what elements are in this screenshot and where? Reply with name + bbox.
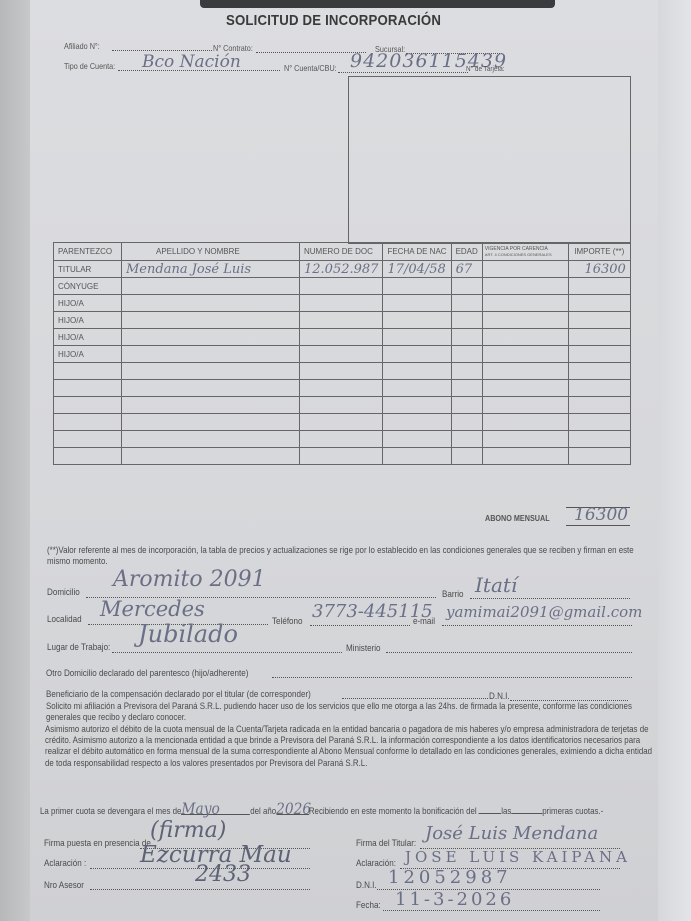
- cell-importe[interactable]: [568, 346, 630, 363]
- primer-cuota-prefix: La primer cuota se devengara el mes de: [40, 806, 181, 816]
- otro-domicilio-field[interactable]: [272, 677, 632, 678]
- email-label: e-mail: [413, 616, 435, 627]
- primer-cuota-anio-label: del año: [250, 806, 276, 816]
- cell-importe[interactable]: [568, 312, 630, 329]
- table-row: [54, 414, 631, 431]
- cell-parentezco: TITULAR: [54, 261, 122, 278]
- table-row: HIJO/A: [54, 312, 631, 329]
- cell-vigencia[interactable]: [482, 363, 568, 380]
- aclaracion-left-label: Aclaración :: [44, 858, 86, 869]
- lugar-trabajo-field[interactable]: [112, 652, 342, 653]
- cell-importe[interactable]: [568, 448, 630, 465]
- cell-numero-doc[interactable]: 12.052.987: [300, 261, 383, 278]
- debit-authorization-paragraph: Asimismo autorizo el débito de la cuota …: [45, 724, 657, 769]
- afiliado-field[interactable]: [112, 50, 212, 51]
- cell-fecha-nac[interactable]: [383, 414, 451, 431]
- cell-fecha-nac[interactable]: [383, 295, 451, 312]
- firma-presencia-signature: (firma): [150, 818, 226, 843]
- cell-edad[interactable]: [451, 346, 482, 363]
- cell-importe[interactable]: 16300: [568, 261, 630, 278]
- header-parentezco: PARENTEZCO: [54, 243, 122, 261]
- cell-nombre[interactable]: [122, 380, 300, 397]
- header-vigencia: VIGENCIA POR CARENCIAART. 4 CONDICIONES …: [482, 243, 568, 261]
- abono-field[interactable]: [566, 525, 630, 526]
- cell-vigencia[interactable]: [482, 380, 568, 397]
- cell-edad[interactable]: [451, 431, 482, 448]
- bonificacion-field[interactable]: [479, 813, 501, 814]
- cell-vigencia[interactable]: [482, 295, 568, 312]
- beneficiario-field[interactable]: [342, 698, 488, 699]
- table-row: [54, 431, 631, 448]
- dni-value: 12052987: [388, 867, 512, 888]
- cell-numero-doc[interactable]: [300, 414, 383, 431]
- afiliado-label: Afiliado N°:: [64, 41, 100, 51]
- cell-edad[interactable]: [451, 397, 482, 414]
- telefono-label: Teléfono: [272, 616, 303, 627]
- cell-importe[interactable]: [568, 397, 630, 414]
- cell-nombre[interactable]: [122, 295, 300, 312]
- affiliation-paragraph: Solicito mi afiliación a Previsora del P…: [46, 701, 658, 723]
- cell-parentezco: [54, 431, 122, 448]
- price-note: (**)Valor referente al mes de incorporac…: [47, 545, 653, 567]
- cell-numero-doc[interactable]: [300, 346, 383, 363]
- cuenta-cbu-label: N° Cuenta/CBU:: [284, 63, 337, 73]
- table-row: HIJO/A: [54, 295, 631, 312]
- dni-label: D.N.I.: [356, 880, 377, 891]
- domicilio-label: Domicilio: [47, 587, 80, 598]
- cell-edad[interactable]: [451, 380, 482, 397]
- cuenta-cbu-field[interactable]: [338, 72, 468, 73]
- table-row: TITULARMendana José Luis12.052.98717/04/…: [54, 261, 631, 278]
- cell-nombre[interactable]: [122, 363, 300, 380]
- cell-numero-doc[interactable]: [300, 363, 383, 380]
- asesor-field[interactable]: [90, 889, 310, 890]
- cell-nombre[interactable]: [122, 278, 300, 295]
- barrio-field[interactable]: [470, 598, 630, 599]
- cell-parentezco: [54, 397, 122, 414]
- cell-parentezco: HIJO/A: [54, 329, 122, 346]
- cell-fecha-nac[interactable]: [383, 431, 451, 448]
- cell-vigencia[interactable]: [482, 448, 568, 465]
- cell-fecha-nac[interactable]: 17/04/58: [383, 261, 451, 278]
- cell-parentezco: [54, 363, 122, 380]
- background-edge-left: [0, 0, 34, 921]
- cell-importe[interactable]: [568, 295, 630, 312]
- cell-fecha-nac[interactable]: [383, 380, 451, 397]
- header-importe: IMPORTE (**): [568, 243, 630, 261]
- cell-importe[interactable]: [568, 363, 630, 380]
- cell-fecha-nac[interactable]: [383, 278, 451, 295]
- fecha-label: Fecha:: [356, 900, 381, 911]
- cell-fecha-nac[interactable]: [383, 397, 451, 414]
- header-edad: EDAD: [451, 243, 482, 261]
- cell-parentezco: HIJO/A: [54, 312, 122, 329]
- cell-numero-doc[interactable]: [300, 278, 383, 295]
- cell-nombre[interactable]: [122, 448, 300, 465]
- cell-edad[interactable]: [451, 414, 482, 431]
- cell-numero-doc[interactable]: [300, 312, 383, 329]
- lugar-trabajo-label: Lugar de Trabajo:: [47, 642, 110, 653]
- primer-cuota-suffix-3: primeras cuotas.-: [542, 806, 603, 816]
- primer-cuota-line: La primer cuota se devengara el mes deMa…: [40, 803, 691, 817]
- cell-numero-doc[interactable]: [300, 329, 383, 346]
- otro-domicilio-label: Otro Domicilio declarado del parentesco …: [46, 668, 248, 679]
- primer-cuota-suffix-2: las: [501, 806, 511, 816]
- header-fecha-nac: FECHA DE NAC: [383, 243, 451, 261]
- ministerio-label: Ministerio: [346, 643, 381, 654]
- cell-parentezco: HIJO/A: [54, 346, 122, 363]
- table-row: [54, 363, 631, 380]
- table-row: CÓNYUGE: [54, 278, 631, 295]
- cell-parentezco: [54, 380, 122, 397]
- tipo-cuenta-label: Tipo de Cuenta:: [64, 61, 115, 71]
- cell-vigencia[interactable]: [482, 414, 568, 431]
- cell-nombre[interactable]: [122, 346, 300, 363]
- cell-importe[interactable]: [568, 329, 630, 346]
- aclaracion-right-value: JOSE LUIS KAIPANA: [405, 848, 631, 866]
- localidad-value: Mercedes: [100, 597, 205, 621]
- table-row: HIJO/A: [54, 329, 631, 346]
- cell-importe[interactable]: [568, 380, 630, 397]
- localidad-label: Localidad: [47, 614, 82, 625]
- abono-mensual-label: ABONO MENSUAL: [485, 513, 550, 523]
- cell-nombre[interactable]: Mendana José Luis: [122, 261, 300, 278]
- primer-cuota-suffix-1: Recibiendo en este momento la bonificaci…: [309, 806, 477, 816]
- cuotas-field[interactable]: [511, 813, 542, 814]
- table-row: [54, 448, 631, 465]
- telefono-field[interactable]: [310, 625, 410, 626]
- form-title: SOLICITUD DE INCORPORACIÓN: [226, 12, 441, 29]
- cell-numero-doc[interactable]: [300, 380, 383, 397]
- cell-edad[interactable]: [451, 295, 482, 312]
- cell-nombre[interactable]: [122, 329, 300, 346]
- asesor-value: 2433: [195, 862, 251, 887]
- header-vigencia-sub: ART. 4 CONDICIONES GENERALES: [485, 252, 566, 258]
- fecha-value: 11-3-2026: [395, 889, 514, 910]
- barrio-value: Itatí: [475, 573, 517, 597]
- cell-numero-doc[interactable]: [300, 431, 383, 448]
- family-table: PARENTEZCO APELLIDO Y NOMBRE NUMERO DE D…: [53, 242, 631, 465]
- header-numero-doc: NUMERO DE DOC: [300, 243, 383, 261]
- cell-numero-doc[interactable]: [300, 295, 383, 312]
- table-row: HIJO/A: [54, 346, 631, 363]
- cell-vigencia[interactable]: [482, 278, 568, 295]
- header-apellido-nombre: APELLIDO Y NOMBRE: [122, 243, 300, 261]
- tipo-cuenta-value: Bco Nación: [142, 52, 241, 72]
- cell-fecha-nac[interactable]: [383, 312, 451, 329]
- cell-nombre[interactable]: [122, 397, 300, 414]
- cell-numero-doc[interactable]: [300, 448, 383, 465]
- lugar-trabajo-value: Jubilado: [138, 620, 238, 648]
- cell-edad[interactable]: [451, 329, 482, 346]
- table-header-row: PARENTEZCO APELLIDO Y NOMBRE NUMERO DE D…: [54, 243, 631, 261]
- cell-vigencia[interactable]: [482, 346, 568, 363]
- beneficiario-label: Beneficiario de la compensación declarad…: [46, 689, 311, 700]
- cell-edad[interactable]: [451, 278, 482, 295]
- cell-edad[interactable]: 67: [451, 261, 482, 278]
- clipboard-clip: [200, 0, 555, 8]
- table-row: [54, 397, 631, 414]
- cell-numero-doc[interactable]: [300, 397, 383, 414]
- cell-importe[interactable]: [568, 414, 630, 431]
- cell-parentezco: HIJO/A: [54, 295, 122, 312]
- cell-parentezco: [54, 448, 122, 465]
- photo-box: [348, 76, 631, 244]
- cell-vigencia[interactable]: [482, 431, 568, 448]
- abono-value: 16300: [574, 505, 628, 525]
- primer-cuota-mes[interactable]: Mayo: [181, 803, 250, 815]
- cell-edad[interactable]: [451, 363, 482, 380]
- cell-fecha-nac[interactable]: [383, 448, 451, 465]
- tarjeta-label: N° de Tarjeta:: [466, 64, 505, 73]
- cell-vigencia[interactable]: [482, 312, 568, 329]
- cell-fecha-nac[interactable]: [383, 363, 451, 380]
- table-row: [54, 380, 631, 397]
- email-value: yamimai2091@gmail.com: [446, 603, 642, 621]
- cell-vigencia[interactable]: [482, 261, 568, 278]
- cell-edad[interactable]: [451, 448, 482, 465]
- cell-fecha-nac[interactable]: [383, 346, 451, 363]
- cell-nombre[interactable]: [122, 414, 300, 431]
- barrio-label: Barrio: [442, 589, 464, 600]
- cell-importe[interactable]: [568, 431, 630, 448]
- asesor-label: Nro Asesor: [44, 880, 84, 891]
- firma-presencia-label: Firma puesta en presencia de: [44, 838, 151, 849]
- cell-nombre[interactable]: [122, 431, 300, 448]
- cell-parentezco: [54, 414, 122, 431]
- cell-nombre[interactable]: [122, 312, 300, 329]
- primer-cuota-anio[interactable]: 2026: [276, 803, 309, 815]
- cell-importe[interactable]: [568, 278, 630, 295]
- ministerio-field[interactable]: [386, 652, 632, 653]
- cell-edad[interactable]: [451, 312, 482, 329]
- fecha-field[interactable]: [383, 910, 600, 911]
- email-field[interactable]: [442, 625, 632, 626]
- cell-parentezco: CÓNYUGE: [54, 278, 122, 295]
- cell-vigencia[interactable]: [482, 397, 568, 414]
- cell-fecha-nac[interactable]: [383, 329, 451, 346]
- firma-titular-signature: José Luis Mendana: [425, 823, 598, 844]
- domicilio-value: Aromito 2091: [113, 567, 266, 592]
- cell-vigencia[interactable]: [482, 329, 568, 346]
